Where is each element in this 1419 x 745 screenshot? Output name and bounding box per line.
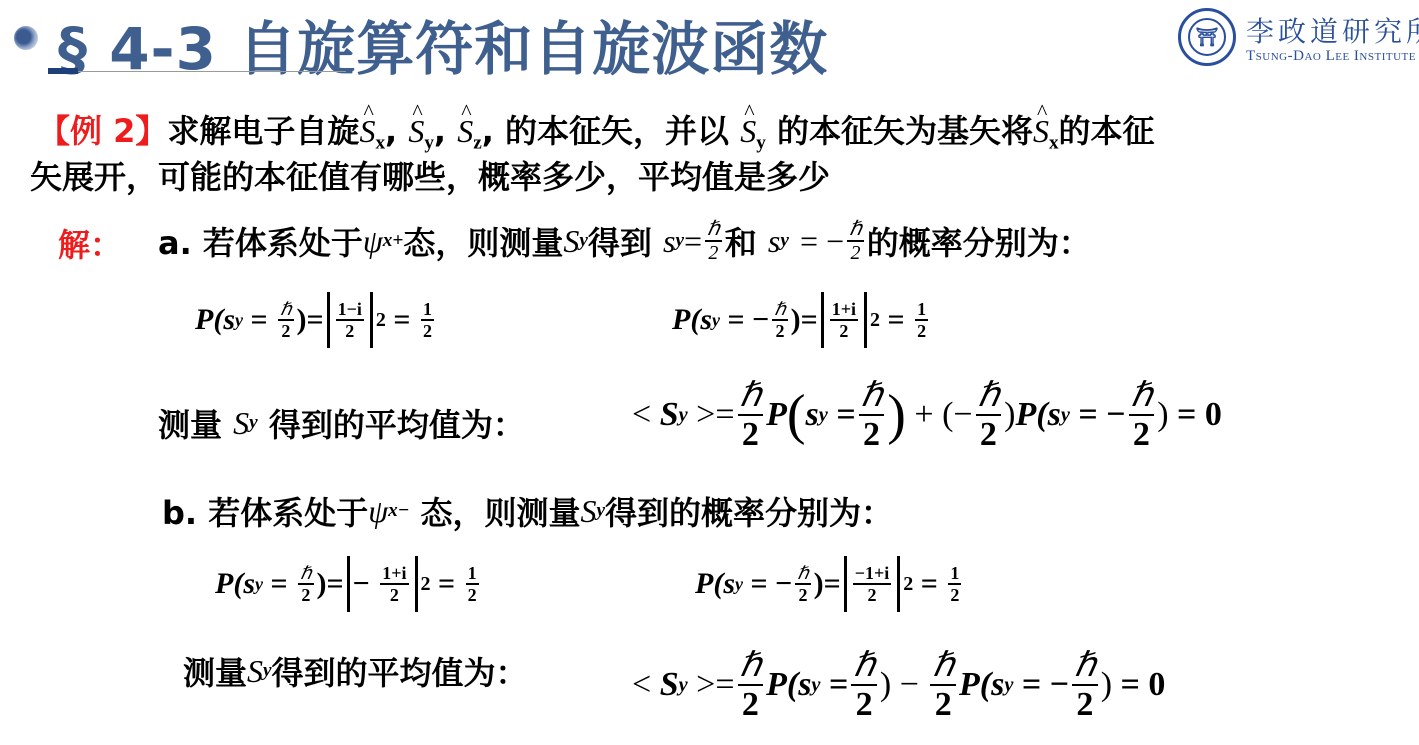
problem-line-2: 矢展开，可能的本征值有哪些，概率多少，平均值是多少 [30, 152, 830, 198]
mean-a-label: 测量 Sy 得到的平均值为： [158, 400, 525, 446]
university-seal-icon: ⛩ [1178, 8, 1236, 66]
part-b-statement: b. 若体系处于 ψx− 态，则测量 Sy 得到的概率分别为： [162, 488, 893, 534]
title-underline-rule [78, 71, 346, 72]
mean-b-expression: < Sy >= ℏ2P(sy = ℏ2) − ℏ2P(sy = − ℏ2) = … [632, 648, 1165, 722]
problem-line-1: 【例 2】求解电子自旋Sx, Sy, Sz, 的本征矢，并以 Sy 的本征矢为基… [38, 106, 1155, 155]
problem-label: 【例 2】 [38, 112, 167, 150]
mean-b-label: 测量Sy得到的平均值为： [183, 648, 528, 694]
slide-title: § 4-3 自旋算符和自旋波函数 [58, 2, 828, 86]
institute-logo: ⛩ 李政道研究所 Tsung-Dao Lee Institute [1178, 8, 1418, 68]
title-bullet-icon [14, 26, 38, 50]
prob-b-minus: P(sy = − ℏ2)= −1+i22 = 12 [695, 556, 964, 612]
title-underline-accent [48, 68, 78, 74]
prob-b-plus: P(sy = ℏ2)= − 1+i22 = 12 [215, 556, 482, 612]
solution-label: 解： [58, 220, 122, 266]
section-number: § 4-3 [58, 15, 217, 83]
logo-chinese-name: 李政道研究所 [1246, 10, 1419, 50]
logo-english-name: Tsung-Dao Lee Institute [1246, 48, 1416, 65]
prob-a-plus: P(sy = ℏ2)= 1−i22 = 12 [195, 292, 437, 348]
mean-a-expression: < Sy >= ℏ2P (sy = ℏ2) + (− ℏ2)P(sy = − ℏ… [632, 378, 1222, 452]
prob-a-minus: P(sy = − ℏ2)= 1+i22 = 12 [672, 292, 931, 348]
part-a-statement: a. 若体系处于 ψx+ 态，则测量 Sy 得到 sy = ℏ2 和 sy = … [158, 218, 1091, 264]
section-title: 自旋算符和自旋波函数 [238, 15, 828, 83]
